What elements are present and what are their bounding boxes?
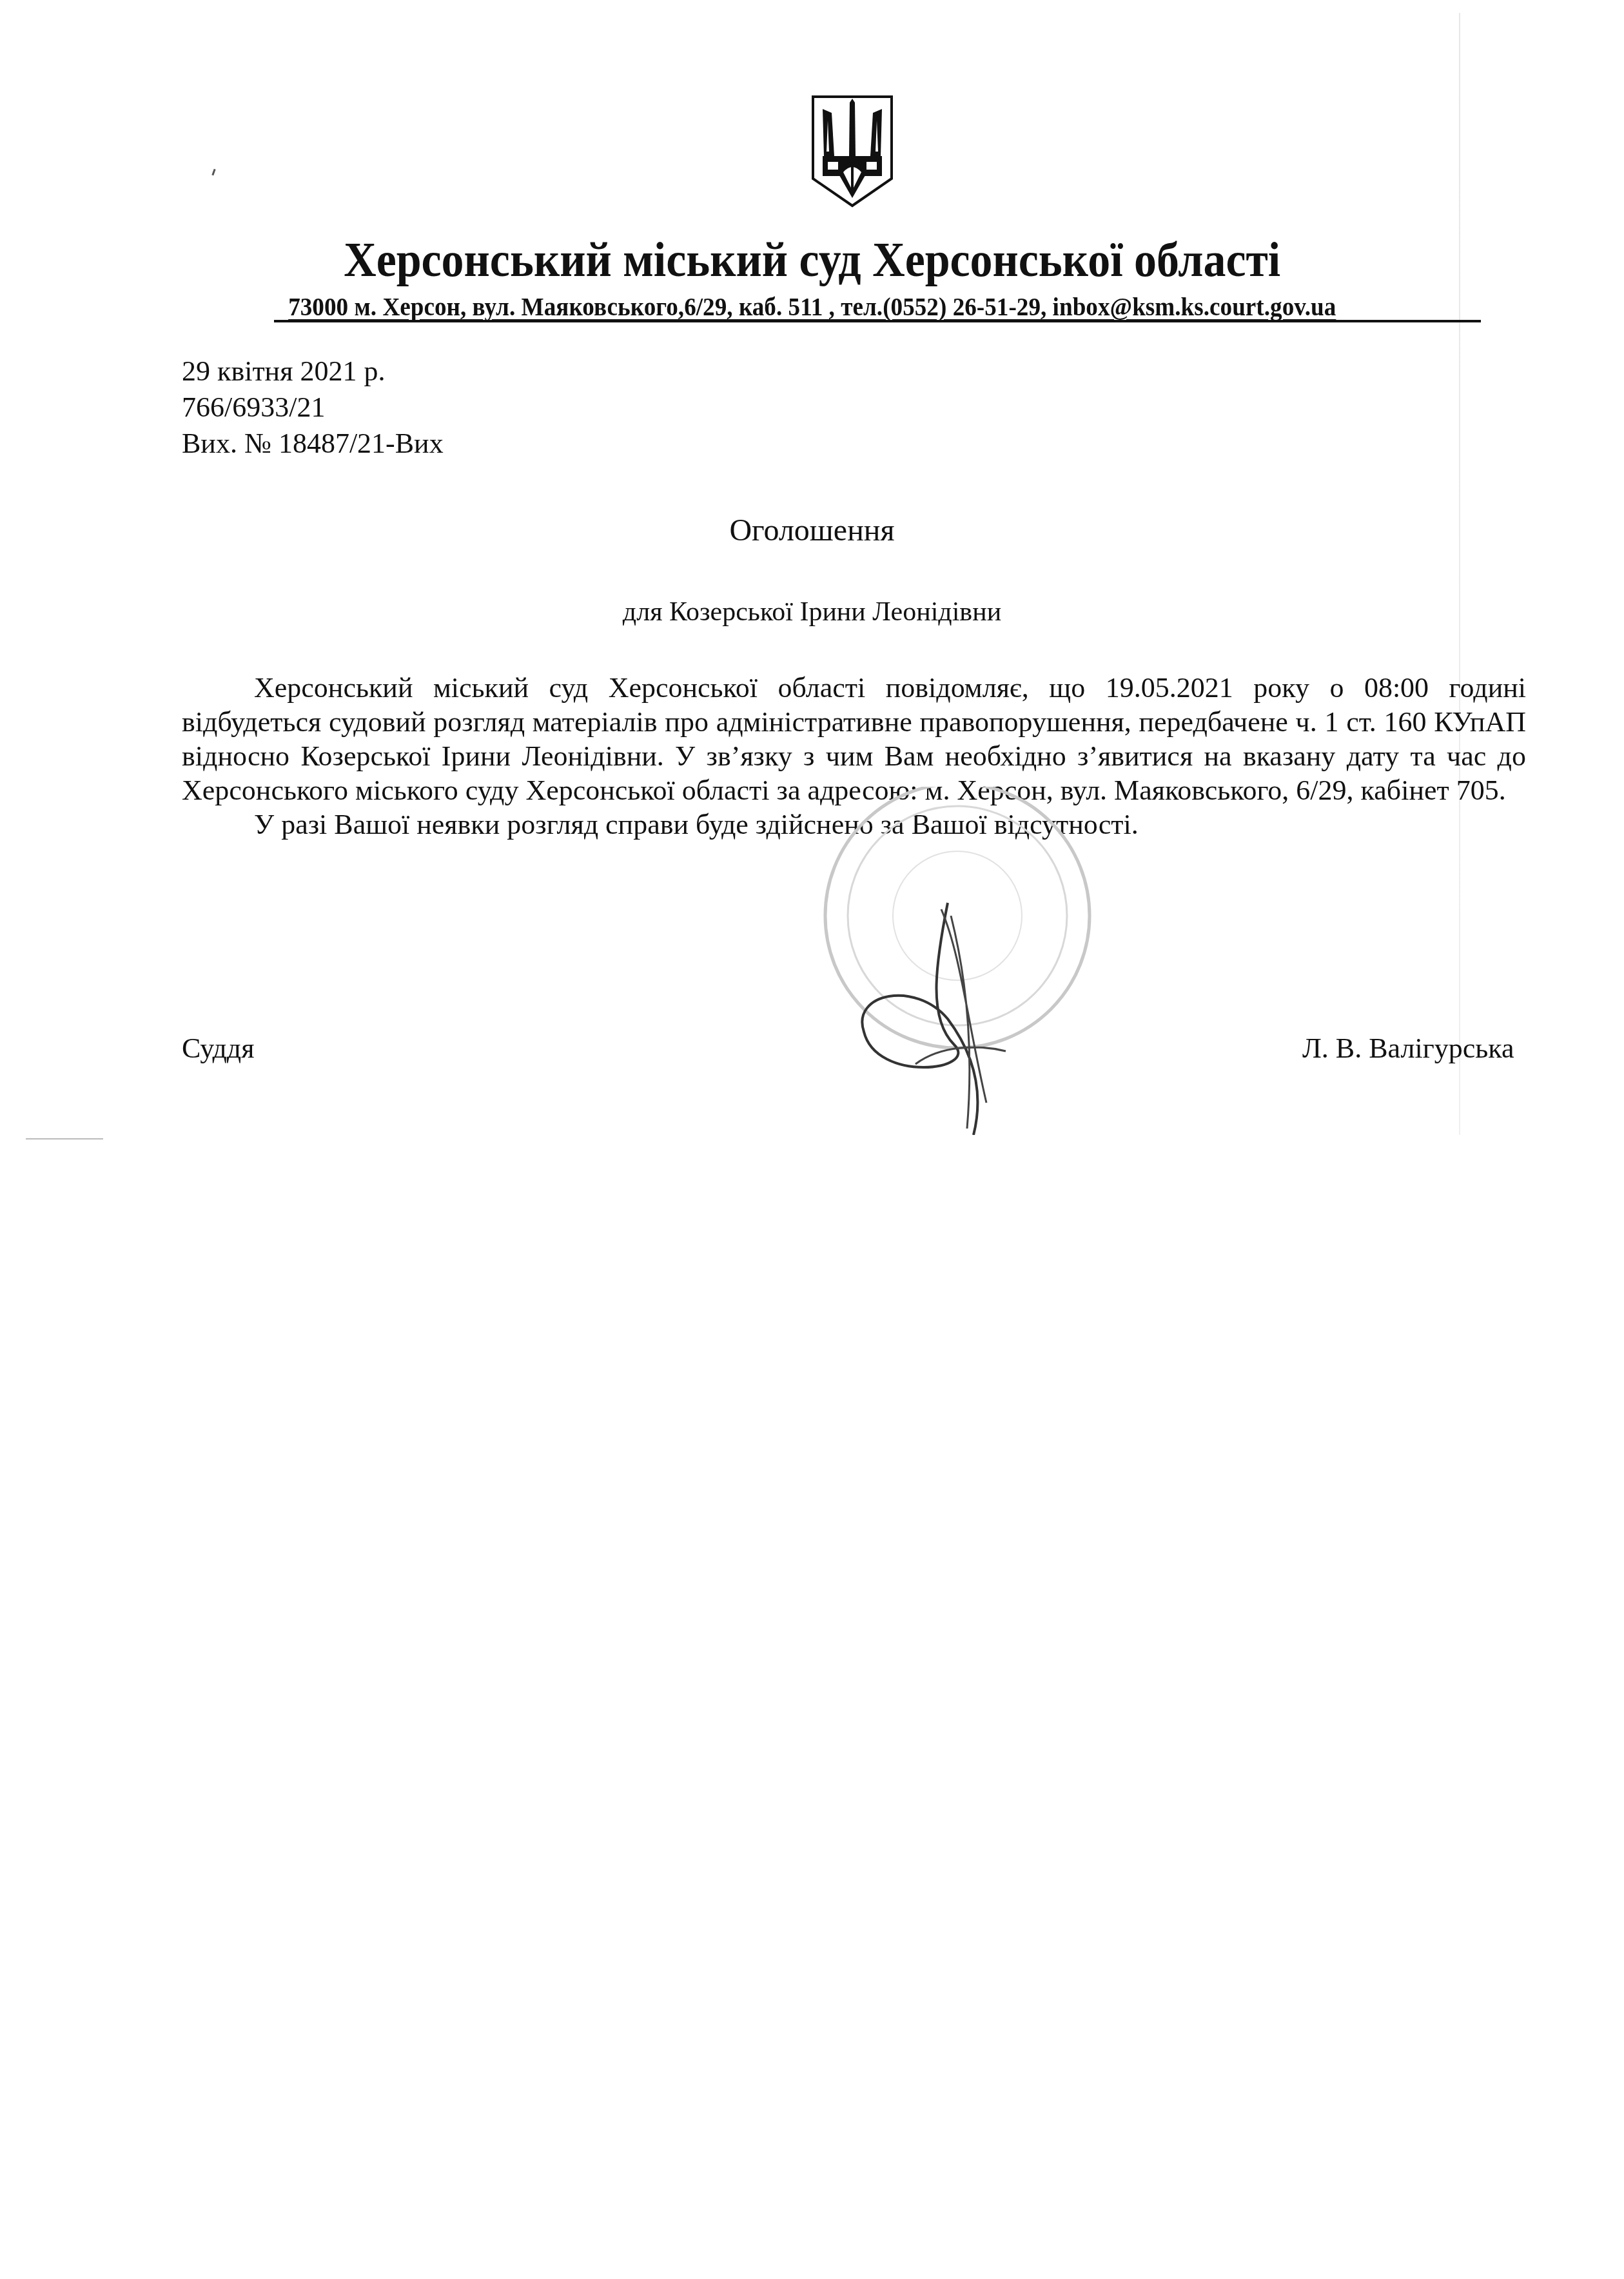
court-name-heading: Херсонський міський суд Херсонської обла…	[0, 232, 1624, 288]
document-date: 29 квітня 2021 р.	[182, 353, 444, 390]
outgoing-number: Вих. № 18487/21-Вих	[182, 426, 444, 462]
document-page: Херсонський міський суд Херсонської обла…	[0, 0, 1624, 2279]
judge-signature	[838, 890, 1070, 1135]
document-title: Оголошення	[0, 513, 1624, 548]
addressee: для Козерської Ірини Леонідівни	[0, 597, 1624, 627]
court-name-text: Херсонський міський суд Херсонської обла…	[344, 232, 1280, 288]
document-meta: 29 квітня 2021 р. 766/6933/21 Вих. № 184…	[182, 353, 444, 462]
scan-edge-mark	[26, 1138, 103, 1139]
case-number: 766/6933/21	[182, 390, 444, 426]
signatory-name: Л. В. Валігурська	[1302, 1032, 1514, 1065]
header-divider	[274, 320, 1481, 322]
ukraine-coat-of-arms-icon	[811, 95, 894, 208]
court-address-text: 73000 м. Херсон, вул. Маяковського,6/29,…	[288, 291, 1336, 322]
scan-edge-line	[1459, 13, 1460, 1135]
scan-artifact	[211, 169, 215, 175]
court-address-line: 73000 м. Херсон, вул. Маяковського,6/29,…	[0, 291, 1624, 322]
signatory-role: Суддя	[182, 1032, 255, 1065]
